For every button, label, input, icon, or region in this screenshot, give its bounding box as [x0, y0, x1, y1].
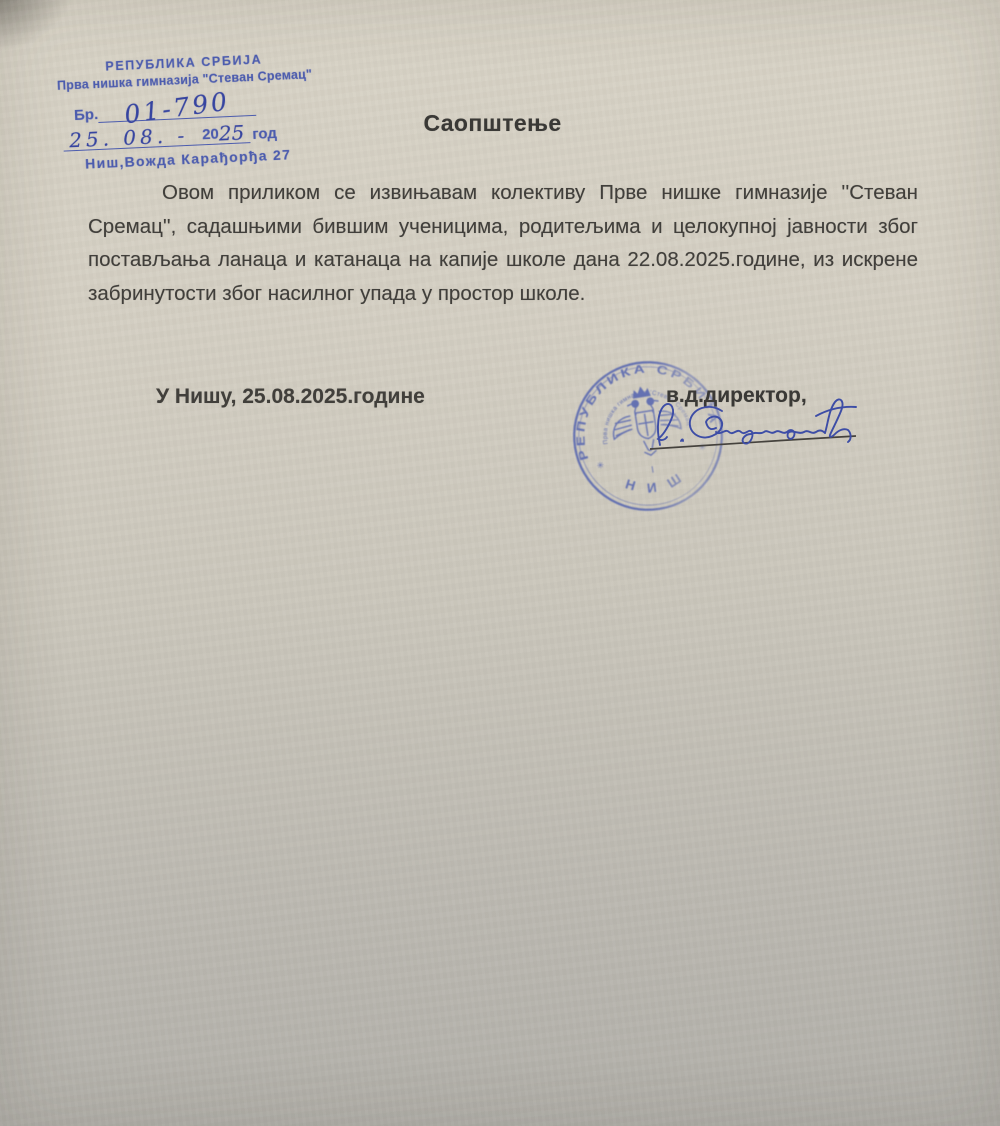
body-line: Сремац'', садашњими бившим ученицима, ро…: [88, 210, 918, 244]
body-line: забринутости због насилног упада у прост…: [88, 277, 918, 311]
paper-texture: [0, 0, 1000, 1126]
signature-block: [648, 392, 892, 458]
seal-city-text: Н И Ш: [622, 467, 690, 500]
seal-star-left: ✳: [596, 460, 605, 471]
body-line: Овом приликом се извињавам колективу Прв…: [88, 176, 918, 210]
body-paragraph: Овом приликом се извињавам колективу Прв…: [88, 176, 918, 310]
signature-graphic: [648, 392, 892, 458]
place-date-line: У Нишу, 25.08.2025.године: [156, 385, 425, 409]
signature-underline: [650, 436, 856, 449]
seal-center-numeral: І: [650, 464, 654, 474]
document-title: Саопштење: [0, 110, 985, 137]
scanned-document-page: РЕПУБЛИКА СРБИЈА Прва нишка гимназија "С…: [0, 0, 1000, 1126]
svg-text:Н И Ш: Н И Ш: [622, 467, 690, 500]
body-line: постављања ланаца и катанаца на капије ш…: [88, 243, 918, 277]
